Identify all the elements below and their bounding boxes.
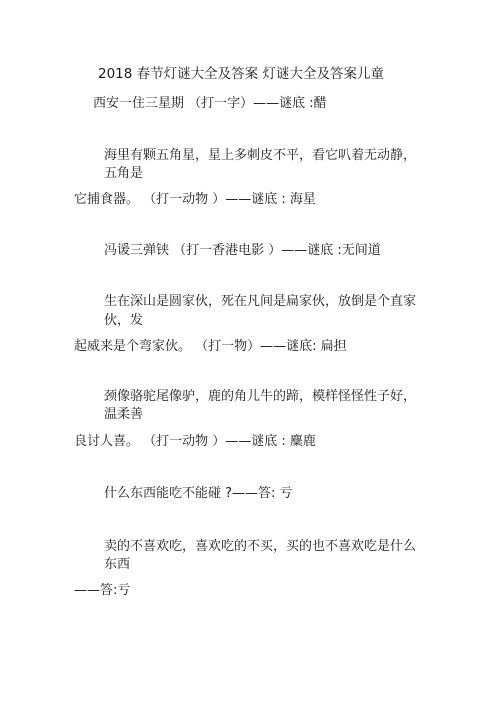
- riddle-6-line-1: 什么东西能吃不能碰 ?——答: 亏: [104, 485, 293, 503]
- riddle-4-line-2: 伙，发: [104, 312, 143, 330]
- riddle-7-line-1: 卖的不喜欢吃，喜欢吃的不买，买的也不喜欢吃是什么: [104, 538, 416, 556]
- riddle-2-line-1: 海里有颗五角星，星上多刺皮不平，看它叭着无动静，: [104, 147, 416, 165]
- document-title: 2018 春节灯谜大全及答案 灯谜大全及答案儿童: [98, 65, 384, 83]
- riddle-5-line-1: 颈像骆驼尾像驴，鹿的角儿牛的蹄，模样怪怪性子好，: [104, 388, 416, 406]
- riddle-4-line-3: 起威来是个弯家伙。 （打一物）——谜底: 扁担: [74, 338, 347, 356]
- riddle-2-line-3: 它捕食器。 （打一动物 ）——谜底 : 海星: [74, 191, 316, 209]
- riddle-7-line-3: ——答:亏: [74, 582, 130, 600]
- riddle-4-line-1: 生在深山是圆家伙，死在凡间是扁家伙，放倒是个直家: [104, 293, 416, 311]
- riddle-1-line-1: 西安一住三星期 （打一字）——谜底 :醋: [93, 95, 327, 113]
- riddle-2-line-2: 五角是: [104, 165, 143, 183]
- riddle-3-line-1: 冯谖三弹铗 （打一香港电影 ）——谜底 :无间道: [104, 242, 381, 260]
- riddle-5-line-3: 良讨人喜。 （打一动物 ）——谜底 : 麋鹿: [74, 433, 316, 451]
- riddle-5-line-2: 温柔善: [104, 406, 143, 424]
- riddle-7-line-2: 东西: [104, 556, 130, 574]
